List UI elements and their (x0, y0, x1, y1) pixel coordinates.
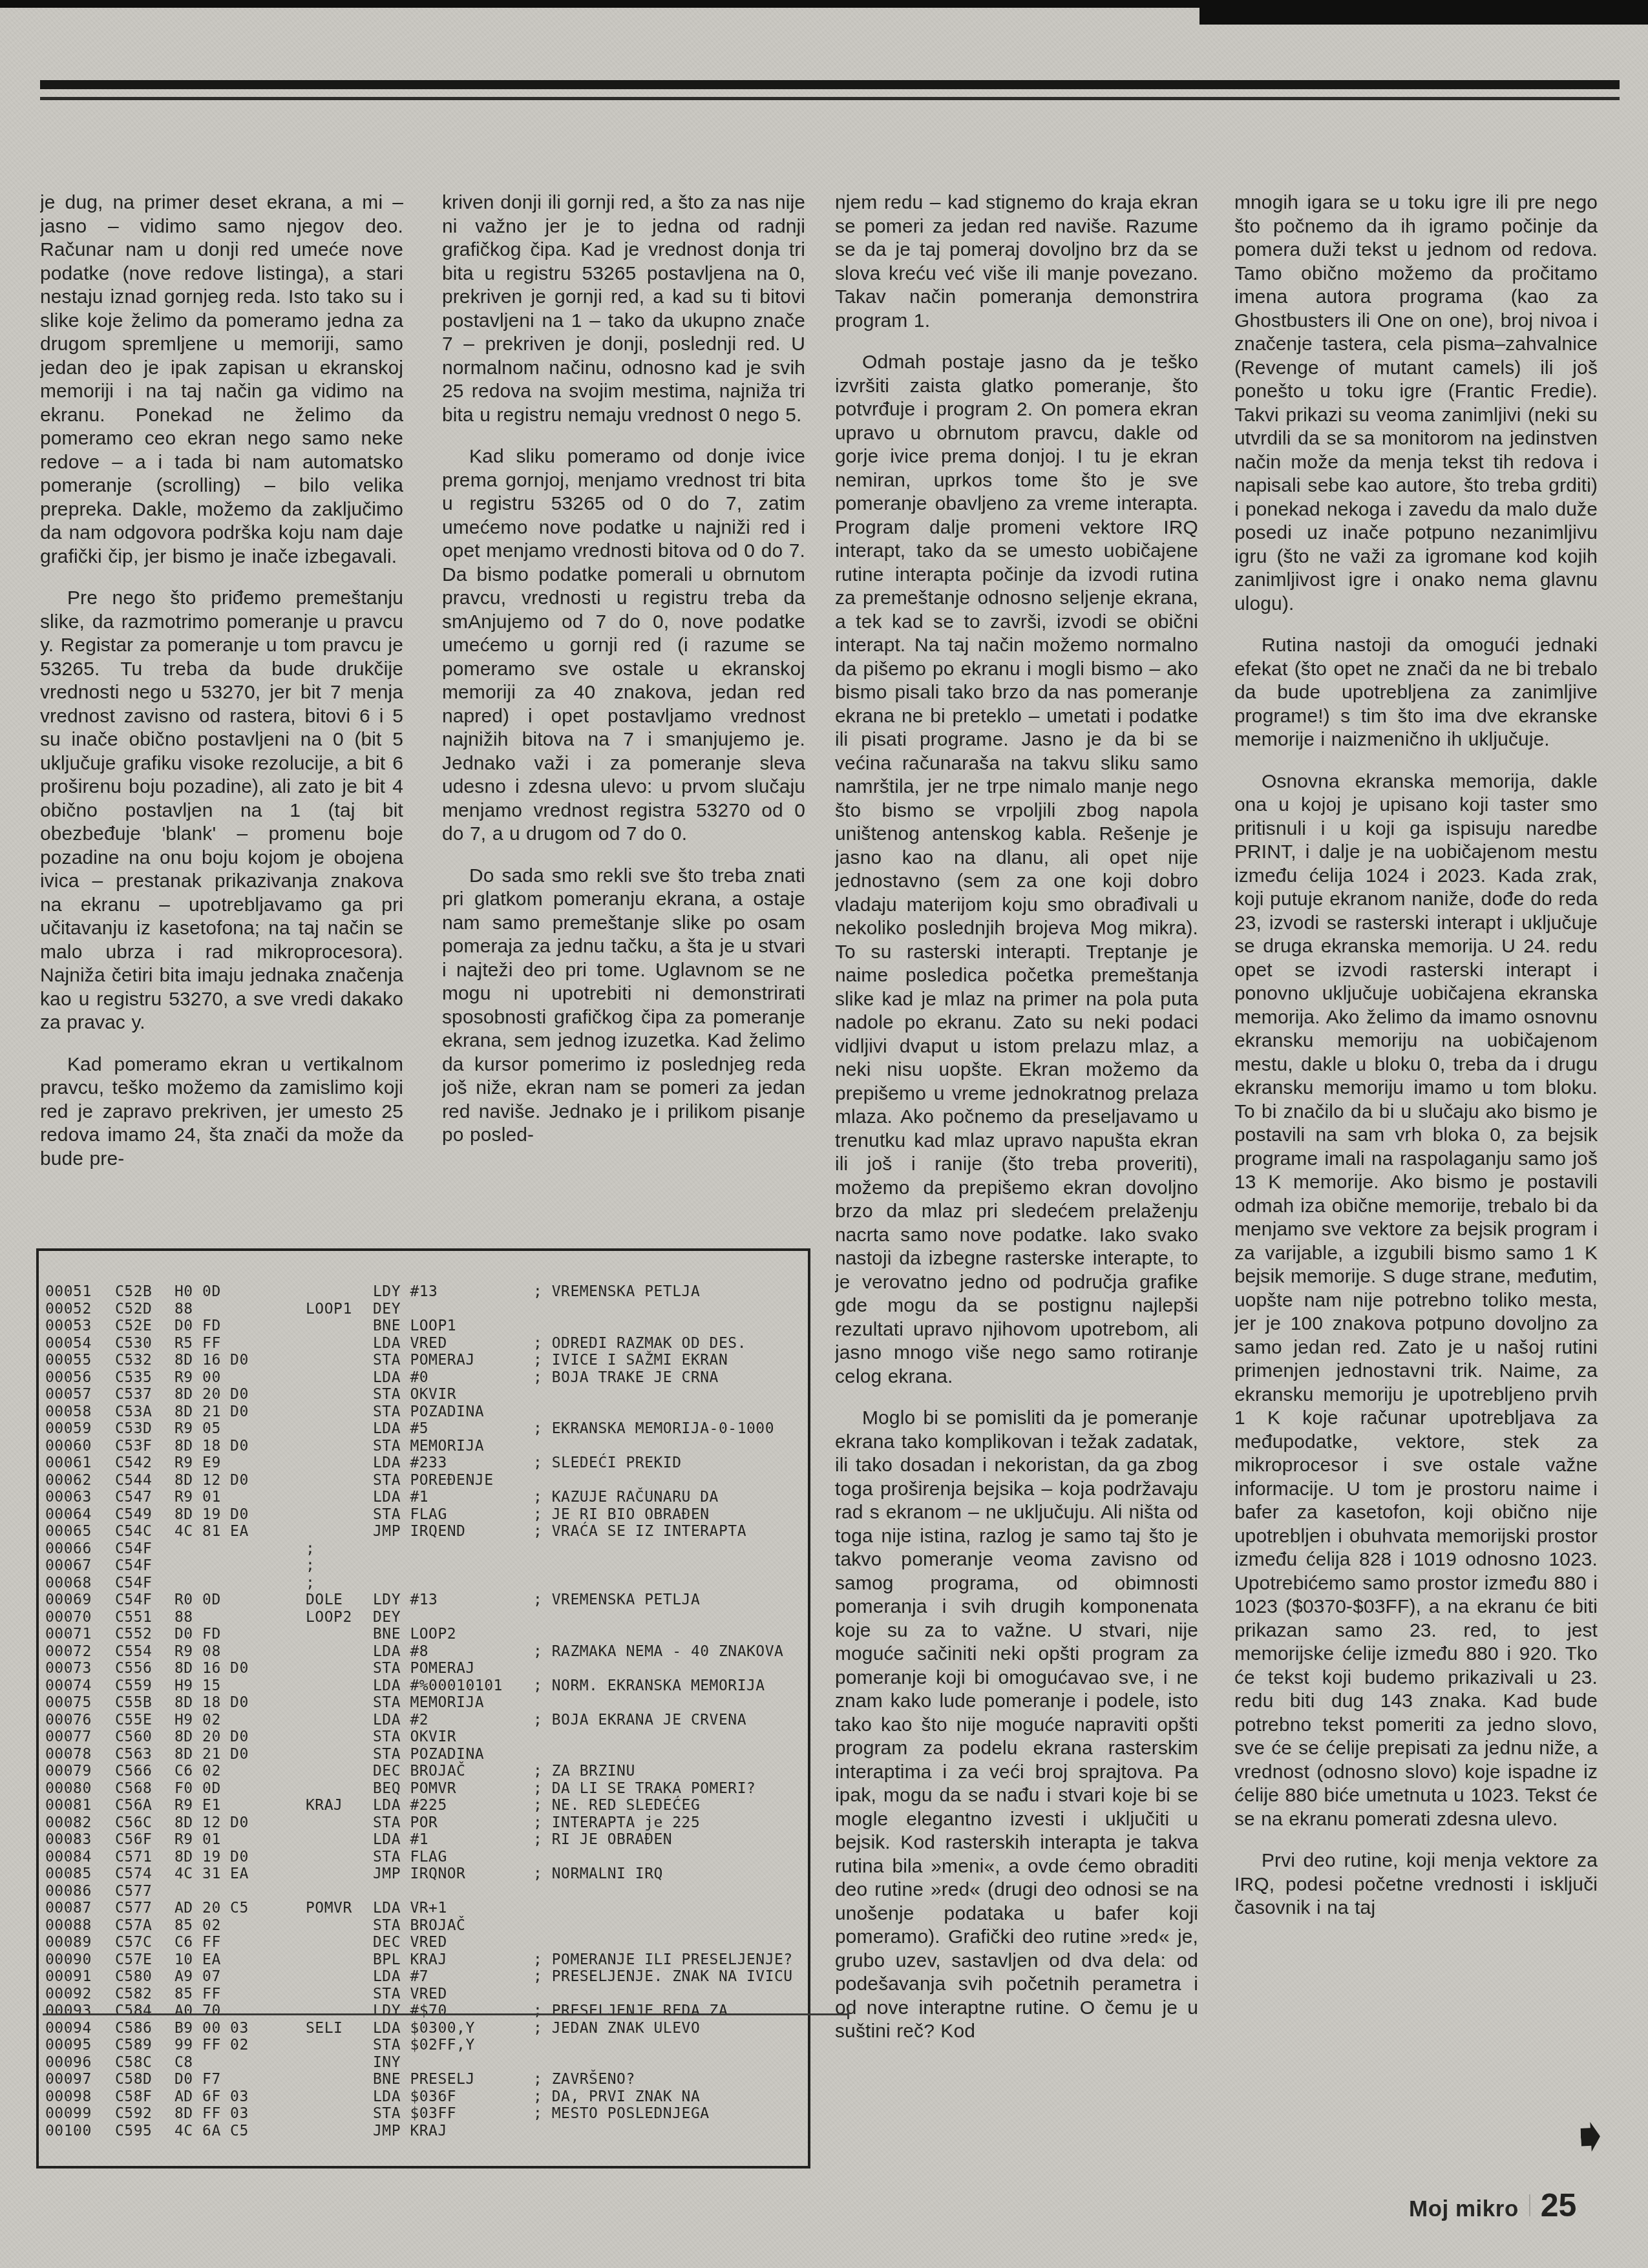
listing-row: 00087C577AD 20 C5POMVRLDA VR+1 (39, 1900, 808, 1917)
paragraph: njem redu – kad stignemo do kraja ekran … (835, 191, 1198, 333)
code-listing-box: 00051C52BH0 0DLDY #13; VREMENSKA PETLJA0… (36, 1248, 810, 2168)
listing-row: 00064C5498D 19 D0STA FLAG; JE RI BIO OBR… (39, 1506, 808, 1524)
listing-addr: C580 (115, 1968, 152, 1986)
listing-num: 00059 (45, 1420, 92, 1438)
listing-label: KRAJ (306, 1797, 343, 1814)
listing-row: 00081C56AR9 E1KRAJLDA #225; NE. RED SLED… (39, 1797, 808, 1814)
paragraph: Kad sliku pomeramo od donje ivice prema … (442, 445, 805, 846)
listing-bytes: 8D 16 D0 (174, 1660, 249, 1677)
listing-num: 00074 (45, 1677, 92, 1695)
listing-num: 00065 (45, 1523, 92, 1540)
listing-bytes: 85 FF (174, 1986, 221, 2003)
listing-addr: C595 (115, 2123, 152, 2140)
listing-instr: LDA #233 (373, 1454, 447, 1472)
listing-instr: INY (373, 2054, 401, 2072)
listing-bytes: A9 07 (174, 1968, 221, 1986)
listing-instr: LDY #13 (373, 1283, 438, 1301)
listing-addr: C574 (115, 1865, 152, 1883)
listing-num: 00053 (45, 1318, 92, 1335)
listing-num: 00085 (45, 1865, 92, 1883)
listing-instr: BEQ POMVR (373, 1780, 456, 1798)
listing-instr: LDA #1 (373, 1489, 428, 1506)
listing-instr: STA $02FF,Y (373, 2037, 475, 2054)
listing-addr: C55B (115, 1694, 152, 1712)
header-rule-thin (40, 97, 1620, 100)
listing-label: ; (306, 1575, 315, 1592)
listing-num: 00058 (45, 1403, 92, 1421)
listing-bytes: 8D 19 D0 (174, 1849, 249, 1866)
listing-row: 00077C5608D 20 D0STA OKVIR (39, 1728, 808, 1746)
listing-instr: STA FLAG (373, 1506, 447, 1524)
listing-row: 00063C547R9 01LDA #1; KAZUJE RAČUNARU DA (39, 1489, 808, 1506)
listing-instr: DEY (373, 1301, 401, 1318)
listing-num: 00087 (45, 1900, 92, 1917)
listing-comment: ; NORMALNI IRQ (533, 1865, 663, 1883)
listing-bytes: R9 E1 (174, 1797, 221, 1814)
footer-divider (1529, 2194, 1530, 2216)
listing-addr: C592 (115, 2105, 152, 2123)
listing-comment: ; VREMENSKA PETLJA (533, 1283, 700, 1301)
listing-label: POMVR (306, 1900, 352, 1917)
listing-bytes: C6 02 (174, 1763, 221, 1780)
listing-instr: JMP IRQEND (373, 1523, 465, 1540)
listing-label: SELI (306, 2020, 343, 2037)
listing-label: LOOP2 (306, 1609, 352, 1626)
listing-num: 00097 (45, 2071, 92, 2088)
header-rule-thick (40, 80, 1620, 89)
listing-comment: ; RI JE OBRAĐEN (533, 1831, 672, 1849)
listing-addr: C56C (115, 1814, 152, 1832)
listing-num: 00068 (45, 1575, 92, 1592)
listing-instr: BNE LOOP1 (373, 1318, 456, 1335)
listing-instr: BPL KRAJ (373, 1951, 447, 1969)
paragraph: Pre nego što priđemo premeštanju slike, … (40, 587, 403, 1035)
listing-row: 00062C5448D 12 D0STA POREĐENJE (39, 1472, 808, 1489)
listing-bytes: B9 00 03 (174, 2020, 249, 2037)
listing-bytes: H9 02 (174, 1712, 221, 1729)
listing-instr: DEY (373, 1609, 401, 1626)
listing-num: 00064 (45, 1506, 92, 1524)
listing-comment: ; PRESELJENJE. ZNAK NA IVICU (533, 1968, 793, 1986)
listing-bytes: 8D 12 D0 (174, 1814, 249, 1832)
listing-comment: ; SLEDEĆI PREKID (533, 1454, 682, 1472)
listing-row: 00100C5954C 6A C5JMP KRAJ (39, 2123, 808, 2140)
listing-num: 00091 (45, 1968, 92, 1986)
listing-bytes: F0 0D (174, 1780, 221, 1798)
listing-row: 00075C55B8D 18 D0STA MEMORIJA (39, 1694, 808, 1712)
listing-addr: C556 (115, 1660, 152, 1677)
listing-row: 00074C559H9 15LDA #%00010101; NORM. EKRA… (39, 1677, 808, 1695)
listing-instr: LDA VR+1 (373, 1900, 447, 1917)
listing-num: 00079 (45, 1763, 92, 1780)
listing-addr: C54F (115, 1557, 152, 1575)
listing-addr: C54F (115, 1575, 152, 1592)
listing-comment: ; VRAĆA SE IZ INTERAPTA (533, 1523, 746, 1540)
listing-num: 00061 (45, 1454, 92, 1472)
listing-num: 00081 (45, 1797, 92, 1814)
listing-instr: LDA #1 (373, 1831, 428, 1849)
listing-addr: C577 (115, 1900, 152, 1917)
publication-name: Moj mikro (1409, 2196, 1519, 2222)
listing-row: 00076C55EH9 02LDA #2; BOJA EKRANA JE CRV… (39, 1712, 808, 1729)
listing-bytes: 4C 31 EA (174, 1865, 249, 1883)
print-artifact-line (43, 2013, 849, 2015)
listing-instr: LDA #0 (373, 1369, 428, 1387)
listing-row: 00065C54C4C 81 EAJMP IRQEND; VRAĆA SE IZ… (39, 1523, 808, 1540)
listing-instr: DEC VRED (373, 1934, 447, 1951)
listing-addr: C586 (115, 2020, 152, 2037)
listing-addr: C530 (115, 1335, 152, 1352)
listing-row: 00059C53DR9 05LDA #5; EKRANSKA MEMORIJA-… (39, 1420, 808, 1438)
listing-row: 00072C554R9 08LDA #8; RAZMAKA NEMA - 40 … (39, 1643, 808, 1661)
listing-addr: C57E (115, 1951, 152, 1969)
listing-num: 00078 (45, 1746, 92, 1763)
listing-addr: C57A (115, 1917, 152, 1935)
listing-addr: C566 (115, 1763, 152, 1780)
listing-row: 00056C535R9 00LDA #0; BOJA TRAKE JE CRNA (39, 1369, 808, 1387)
listing-comment: ; ZAVRŠENO? (533, 2071, 635, 2088)
listing-num: 00100 (45, 2123, 92, 2140)
text-column-3: njem redu – kad stignemo do kraja ekran … (835, 191, 1198, 2200)
listing-comment: ; NORM. EKRANSKA MEMORIJA (533, 1677, 765, 1695)
listing-addr: C52B (115, 1283, 152, 1301)
listing-addr: C571 (115, 1849, 152, 1866)
listing-instr: STA POR (373, 1814, 438, 1832)
listing-row: 00091C580A9 07LDA #7; PRESELJENJE. ZNAK … (39, 1968, 808, 1986)
listing-row: 00068C54F; (39, 1575, 808, 1592)
listing-addr: C53F (115, 1438, 152, 1455)
listing-comment: ; IVICE I SAŽMI EKRAN (533, 1352, 728, 1369)
listing-bytes: 8D 20 D0 (174, 1386, 249, 1403)
listing-row: 00054C530R5 FFLDA VRED; ODREDI RAZMAK OD… (39, 1335, 808, 1352)
listing-bytes: AD 6F 03 (174, 2088, 249, 2106)
listing-addr: C57C (115, 1934, 152, 1951)
listing-row: 00086C577 (39, 1883, 808, 1900)
listing-row: 00058C53A8D 21 D0STA POZADINA (39, 1403, 808, 1421)
listing-instr: STA MEMORIJA (373, 1694, 484, 1712)
listing-num: 00063 (45, 1489, 92, 1506)
paragraph: Osnovna ekranska memorija, dakle ona u k… (1234, 770, 1598, 1832)
listing-row: 00082C56C8D 12 D0STA POR; INTERAPTA je 2… (39, 1814, 808, 1832)
listing-bytes: 85 02 (174, 1917, 221, 1935)
listing-addr: C551 (115, 1609, 152, 1626)
listing-bytes: 8D 21 D0 (174, 1746, 249, 1763)
listing-instr: STA OKVIR (373, 1386, 456, 1403)
paragraph: Do sada smo rekli sve što treba znati pr… (442, 865, 805, 1148)
paragraph: Odmah postaje jasno da je teško izvršiti… (835, 351, 1198, 1389)
listing-bytes: AD 20 C5 (174, 1900, 249, 1917)
listing-rows: 00051C52BH0 0DLDY #13; VREMENSKA PETLJA0… (39, 1283, 808, 2166)
paragraph: kriven donji ili gornji red, a što za na… (442, 191, 805, 427)
listing-bytes: 99 FF 02 (174, 2037, 249, 2054)
listing-instr: LDA #7 (373, 1968, 428, 1986)
listing-comment: ; POMERANJE ILI PRESELJENJE? (533, 1951, 793, 1969)
listing-num: 00055 (45, 1352, 92, 1369)
listing-num: 00051 (45, 1283, 92, 1301)
listing-bytes: 8D 18 D0 (174, 1438, 249, 1455)
listing-bytes: 8D 16 D0 (174, 1352, 249, 1369)
listing-bytes: H0 0D (174, 1283, 221, 1301)
listing-row: 00070C55188LOOP2DEY (39, 1609, 808, 1626)
listing-row: 00069C54FR0 0DDOLELDY #13; VREMENSKA PET… (39, 1591, 808, 1609)
listing-addr: C58D (115, 2071, 152, 2088)
listing-instr: STA POMERAJ (373, 1352, 475, 1369)
listing-num: 00094 (45, 2020, 92, 2037)
listing-bytes: R9 01 (174, 1489, 221, 1506)
listing-row: 00094C586B9 00 03SELILDA $0300,Y; JEDAN … (39, 2020, 808, 2037)
listing-row: 00080C568F0 0DBEQ POMVR; DA LI SE TRAKA … (39, 1780, 808, 1798)
listing-instr: STA POREĐENJE (373, 1472, 494, 1489)
listing-row: 00053C52ED0 FDBNE LOOP1 (39, 1318, 808, 1335)
listing-bytes: R0 0D (174, 1591, 221, 1609)
listing-instr: LDA #5 (373, 1420, 428, 1438)
listing-addr: C54F (115, 1591, 152, 1609)
listing-instr: LDY #$70 (373, 2002, 447, 2020)
listing-label: ; (306, 1540, 315, 1558)
listing-addr: C582 (115, 1986, 152, 2003)
magazine-page: je dug, na primer deset ekrana, a mi – j… (0, 0, 1648, 2268)
listing-bytes: R9 08 (174, 1643, 221, 1661)
listing-addr: C552 (115, 1626, 152, 1643)
listing-instr: STA VRED (373, 1986, 447, 2003)
listing-comment: ; KAZUJE RAČUNARU DA (533, 1489, 719, 1506)
listing-row: 00084C5718D 19 D0STA FLAG (39, 1849, 808, 1866)
listing-addr: C563 (115, 1746, 152, 1763)
listing-bytes: R9 01 (174, 1831, 221, 1849)
listing-instr: STA BROJAČ (373, 1917, 465, 1935)
listing-addr: C560 (115, 1728, 152, 1746)
listing-comment: ; INTERAPTA je 225 (533, 1814, 700, 1832)
listing-instr: LDA $0300,Y (373, 2020, 475, 2037)
listing-instr: JMP IRQNOR (373, 1865, 465, 1883)
listing-row: 00051C52BH0 0DLDY #13; VREMENSKA PETLJA (39, 1283, 808, 1301)
listing-row: 00079C566C6 02DEC BROJAČ; ZA BRZINU (39, 1763, 808, 1780)
listing-num: 00073 (45, 1660, 92, 1677)
listing-row: 00096C58CC8INY (39, 2054, 808, 2072)
listing-num: 00069 (45, 1591, 92, 1609)
paragraph: mnogih igara se u toku igre ili pre nego… (1234, 191, 1598, 616)
listing-row: 00067C54F; (39, 1557, 808, 1575)
listing-row: 00066C54F; (39, 1540, 808, 1558)
listing-comment: ; PRESELJENJE REDA ZA (533, 2002, 728, 2020)
listing-row: 00085C5744C 31 EAJMP IRQNOR; NORMALNI IR… (39, 1865, 808, 1883)
listing-bytes: 10 EA (174, 1951, 221, 1969)
listing-instr: LDA #%00010101 (373, 1677, 503, 1695)
listing-bytes: D0 FD (174, 1318, 221, 1335)
listing-num: 00054 (45, 1335, 92, 1352)
listing-row: 00073C5568D 16 D0STA POMERAJ (39, 1660, 808, 1677)
listing-num: 00075 (45, 1694, 92, 1712)
listing-row: 00097C58DD0 F7BNE PRESELJ; ZAVRŠENO? (39, 2071, 808, 2088)
listing-addr: C56F (115, 1831, 152, 1849)
listing-addr: C589 (115, 2037, 152, 2054)
listing-row: 00095C58999 FF 02STA $02FF,Y (39, 2037, 808, 2054)
listing-instr: LDA VRED (373, 1335, 447, 1352)
listing-addr: C584 (115, 2002, 152, 2020)
listing-instr: LDA #2 (373, 1712, 428, 1729)
listing-comment: ; JEDAN ZNAK ULEVO (533, 2020, 700, 2037)
listing-bytes: 4C 6A C5 (174, 2123, 249, 2140)
listing-bytes: 88 (174, 1301, 193, 1318)
listing-addr: C535 (115, 1369, 152, 1387)
listing-bytes: C6 FF (174, 1934, 221, 1951)
listing-bytes: R9 05 (174, 1420, 221, 1438)
listing-instr: BNE PRESELJ (373, 2071, 475, 2088)
listing-label: DOLE (306, 1591, 343, 1609)
listing-addr: C58F (115, 2088, 152, 2106)
listing-comment: ; NE. RED SLEDEĆEG (533, 1797, 700, 1814)
listing-bytes: 8D 19 D0 (174, 1506, 249, 1524)
listing-comment: ; ZA BRZINU (533, 1763, 635, 1780)
text-column-4: mnogih igara se u toku igre ili pre nego… (1234, 191, 1598, 2200)
listing-instr: STA OKVIR (373, 1728, 456, 1746)
listing-addr: C52D (115, 1301, 152, 1318)
listing-row: 00061C542R9 E9LDA #233; SLEDEĆI PREKID (39, 1454, 808, 1472)
listing-addr: C56A (115, 1797, 152, 1814)
listing-bytes: R9 E9 (174, 1454, 221, 1472)
page-footer: Moj mikro 25 (1409, 2187, 1576, 2224)
listing-addr: C554 (115, 1643, 152, 1661)
listing-addr: C559 (115, 1677, 152, 1695)
listing-instr: LDY #13 (373, 1591, 438, 1609)
listing-comment: ; JE RI BIO OBRAĐEN (533, 1506, 710, 1524)
listing-instr: DEC BROJAČ (373, 1763, 465, 1780)
listing-instr: LDA #225 (373, 1797, 447, 1814)
paragraph: Rutina nastoji da omogući jednaki efekat… (1234, 634, 1598, 752)
listing-addr: C53D (115, 1420, 152, 1438)
listing-instr: BNE LOOP2 (373, 1626, 456, 1643)
listing-row: 00088C57A85 02STA BROJAČ (39, 1917, 808, 1935)
listing-bytes: H9 15 (174, 1677, 221, 1695)
listing-num: 00056 (45, 1369, 92, 1387)
listing-addr: C58C (115, 2054, 152, 2072)
listing-addr: C547 (115, 1489, 152, 1506)
listing-row: 00055C5328D 16 D0STA POMERAJ; IVICE I SA… (39, 1352, 808, 1369)
listing-num: 00086 (45, 1883, 92, 1900)
listing-num: 00083 (45, 1831, 92, 1849)
listing-num: 00095 (45, 2037, 92, 2054)
listing-row: 00071C552D0 FDBNE LOOP2 (39, 1626, 808, 1643)
listing-label: ; (306, 1557, 315, 1575)
listing-num: 00070 (45, 1609, 92, 1626)
listing-num: 00072 (45, 1643, 92, 1661)
listing-comment: ; DA, PRVI ZNAK NA (533, 2088, 700, 2106)
listing-num: 00066 (45, 1540, 92, 1558)
listing-addr: C537 (115, 1386, 152, 1403)
listing-instr: STA MEMORIJA (373, 1438, 484, 1455)
listing-label: LOOP1 (306, 1301, 352, 1318)
listing-num: 00080 (45, 1780, 92, 1798)
listing-bytes: 88 (174, 1609, 193, 1626)
listing-row: 00090C57E10 EABPL KRAJ; POMERANJE ILI PR… (39, 1951, 808, 1969)
listing-comment: ; ODREDI RAZMAK OD DES. (533, 1335, 746, 1352)
listing-bytes: 8D 18 D0 (174, 1694, 249, 1712)
listing-instr: LDA $036F (373, 2088, 456, 2106)
listing-instr: STA FLAG (373, 1849, 447, 1866)
listing-row: 00083C56FR9 01LDA #1; RI JE OBRAĐEN (39, 1831, 808, 1849)
text-column-1: je dug, na primer deset ekrana, a mi – j… (40, 191, 403, 1233)
listing-addr: C532 (115, 1352, 152, 1369)
listing-comment: ; BOJA TRAKE JE CRNA (533, 1369, 719, 1387)
listing-num: 00062 (45, 1472, 92, 1489)
listing-bytes: R5 FF (174, 1335, 221, 1352)
listing-comment: ; EKRANSKA MEMORIJA-0-1000 (533, 1420, 774, 1438)
listing-num: 00052 (45, 1301, 92, 1318)
listing-bytes: 8D 21 D0 (174, 1403, 249, 1421)
listing-row: 00052C52D88LOOP1DEY (39, 1301, 808, 1318)
listing-bytes: R9 00 (174, 1369, 221, 1387)
listing-num: 00077 (45, 1728, 92, 1746)
paragraph: je dug, na primer deset ekrana, a mi – j… (40, 191, 403, 569)
listing-num: 00093 (45, 2002, 92, 2020)
listing-instr: LDA #8 (373, 1643, 428, 1661)
listing-instr: STA $03FF (373, 2105, 456, 2123)
listing-row: 00093C584A0 70LDY #$70; PRESELJENJE REDA… (39, 2002, 808, 2020)
listing-addr: C577 (115, 1883, 152, 1900)
page-number: 25 (1541, 2187, 1577, 2224)
listing-bytes: 8D 12 D0 (174, 1472, 249, 1489)
listing-row: 00057C5378D 20 D0STA OKVIR (39, 1386, 808, 1403)
listing-addr: C549 (115, 1506, 152, 1524)
listing-bytes: 4C 81 EA (174, 1523, 249, 1540)
listing-comment: ; RAZMAKA NEMA - 40 ZNAKOVA (533, 1643, 783, 1661)
listing-row: 00078C5638D 21 D0STA POZADINA (39, 1746, 808, 1763)
listing-row: 00060C53F8D 18 D0STA MEMORIJA (39, 1438, 808, 1455)
listing-bytes: D0 FD (174, 1626, 221, 1643)
text-column-2: kriven donji ili gornji red, a što za na… (442, 191, 805, 1233)
listing-comment: ; BOJA EKRANA JE CRVENA (533, 1712, 746, 1729)
listing-num: 00089 (45, 1934, 92, 1951)
listing-addr: C55E (115, 1712, 152, 1729)
listing-num: 00076 (45, 1712, 92, 1729)
listing-num: 00090 (45, 1951, 92, 1969)
listing-num: 00096 (45, 2054, 92, 2072)
listing-instr: STA POZADINA (373, 1403, 484, 1421)
listing-addr: C54C (115, 1523, 152, 1540)
listing-bytes: A0 70 (174, 2002, 221, 2020)
listing-addr: C544 (115, 1472, 152, 1489)
listing-bytes: D0 F7 (174, 2071, 221, 2088)
paragraph: Prvi deo rutine, koji menja vektore za I… (1234, 1849, 1598, 1920)
listing-instr: STA POZADINA (373, 1746, 484, 1763)
listing-num: 00067 (45, 1557, 92, 1575)
paragraph: Kad pomeramo ekran u vertikalnom pravcu,… (40, 1053, 403, 1171)
listing-comment: ; VREMENSKA PETLJA (533, 1591, 700, 1609)
listing-addr: C568 (115, 1780, 152, 1798)
listing-num: 00060 (45, 1438, 92, 1455)
listing-bytes: 8D 20 D0 (174, 1728, 249, 1746)
listing-instr: JMP KRAJ (373, 2123, 447, 2140)
listing-num: 00099 (45, 2105, 92, 2123)
listing-num: 00098 (45, 2088, 92, 2106)
listing-row: 00089C57CC6 FFDEC VRED (39, 1934, 808, 1951)
listing-addr: C52E (115, 1318, 152, 1335)
listing-bytes: 8D FF 03 (174, 2105, 249, 2123)
listing-instr: STA POMERAJ (373, 1660, 475, 1677)
listing-num: 00092 (45, 1986, 92, 2003)
listing-num: 00057 (45, 1386, 92, 1403)
listing-bytes: C8 (174, 2054, 193, 2072)
listing-num: 00082 (45, 1814, 92, 1832)
listing-addr: C542 (115, 1454, 152, 1472)
scan-edge-artifact-right (1199, 0, 1648, 25)
listing-num: 00084 (45, 1849, 92, 1866)
listing-num: 00071 (45, 1626, 92, 1643)
listing-addr: C54F (115, 1540, 152, 1558)
listing-num: 00088 (45, 1917, 92, 1935)
listing-comment: ; DA LI SE TRAKA POMERI? (533, 1780, 755, 1798)
listing-addr: C53A (115, 1403, 152, 1421)
